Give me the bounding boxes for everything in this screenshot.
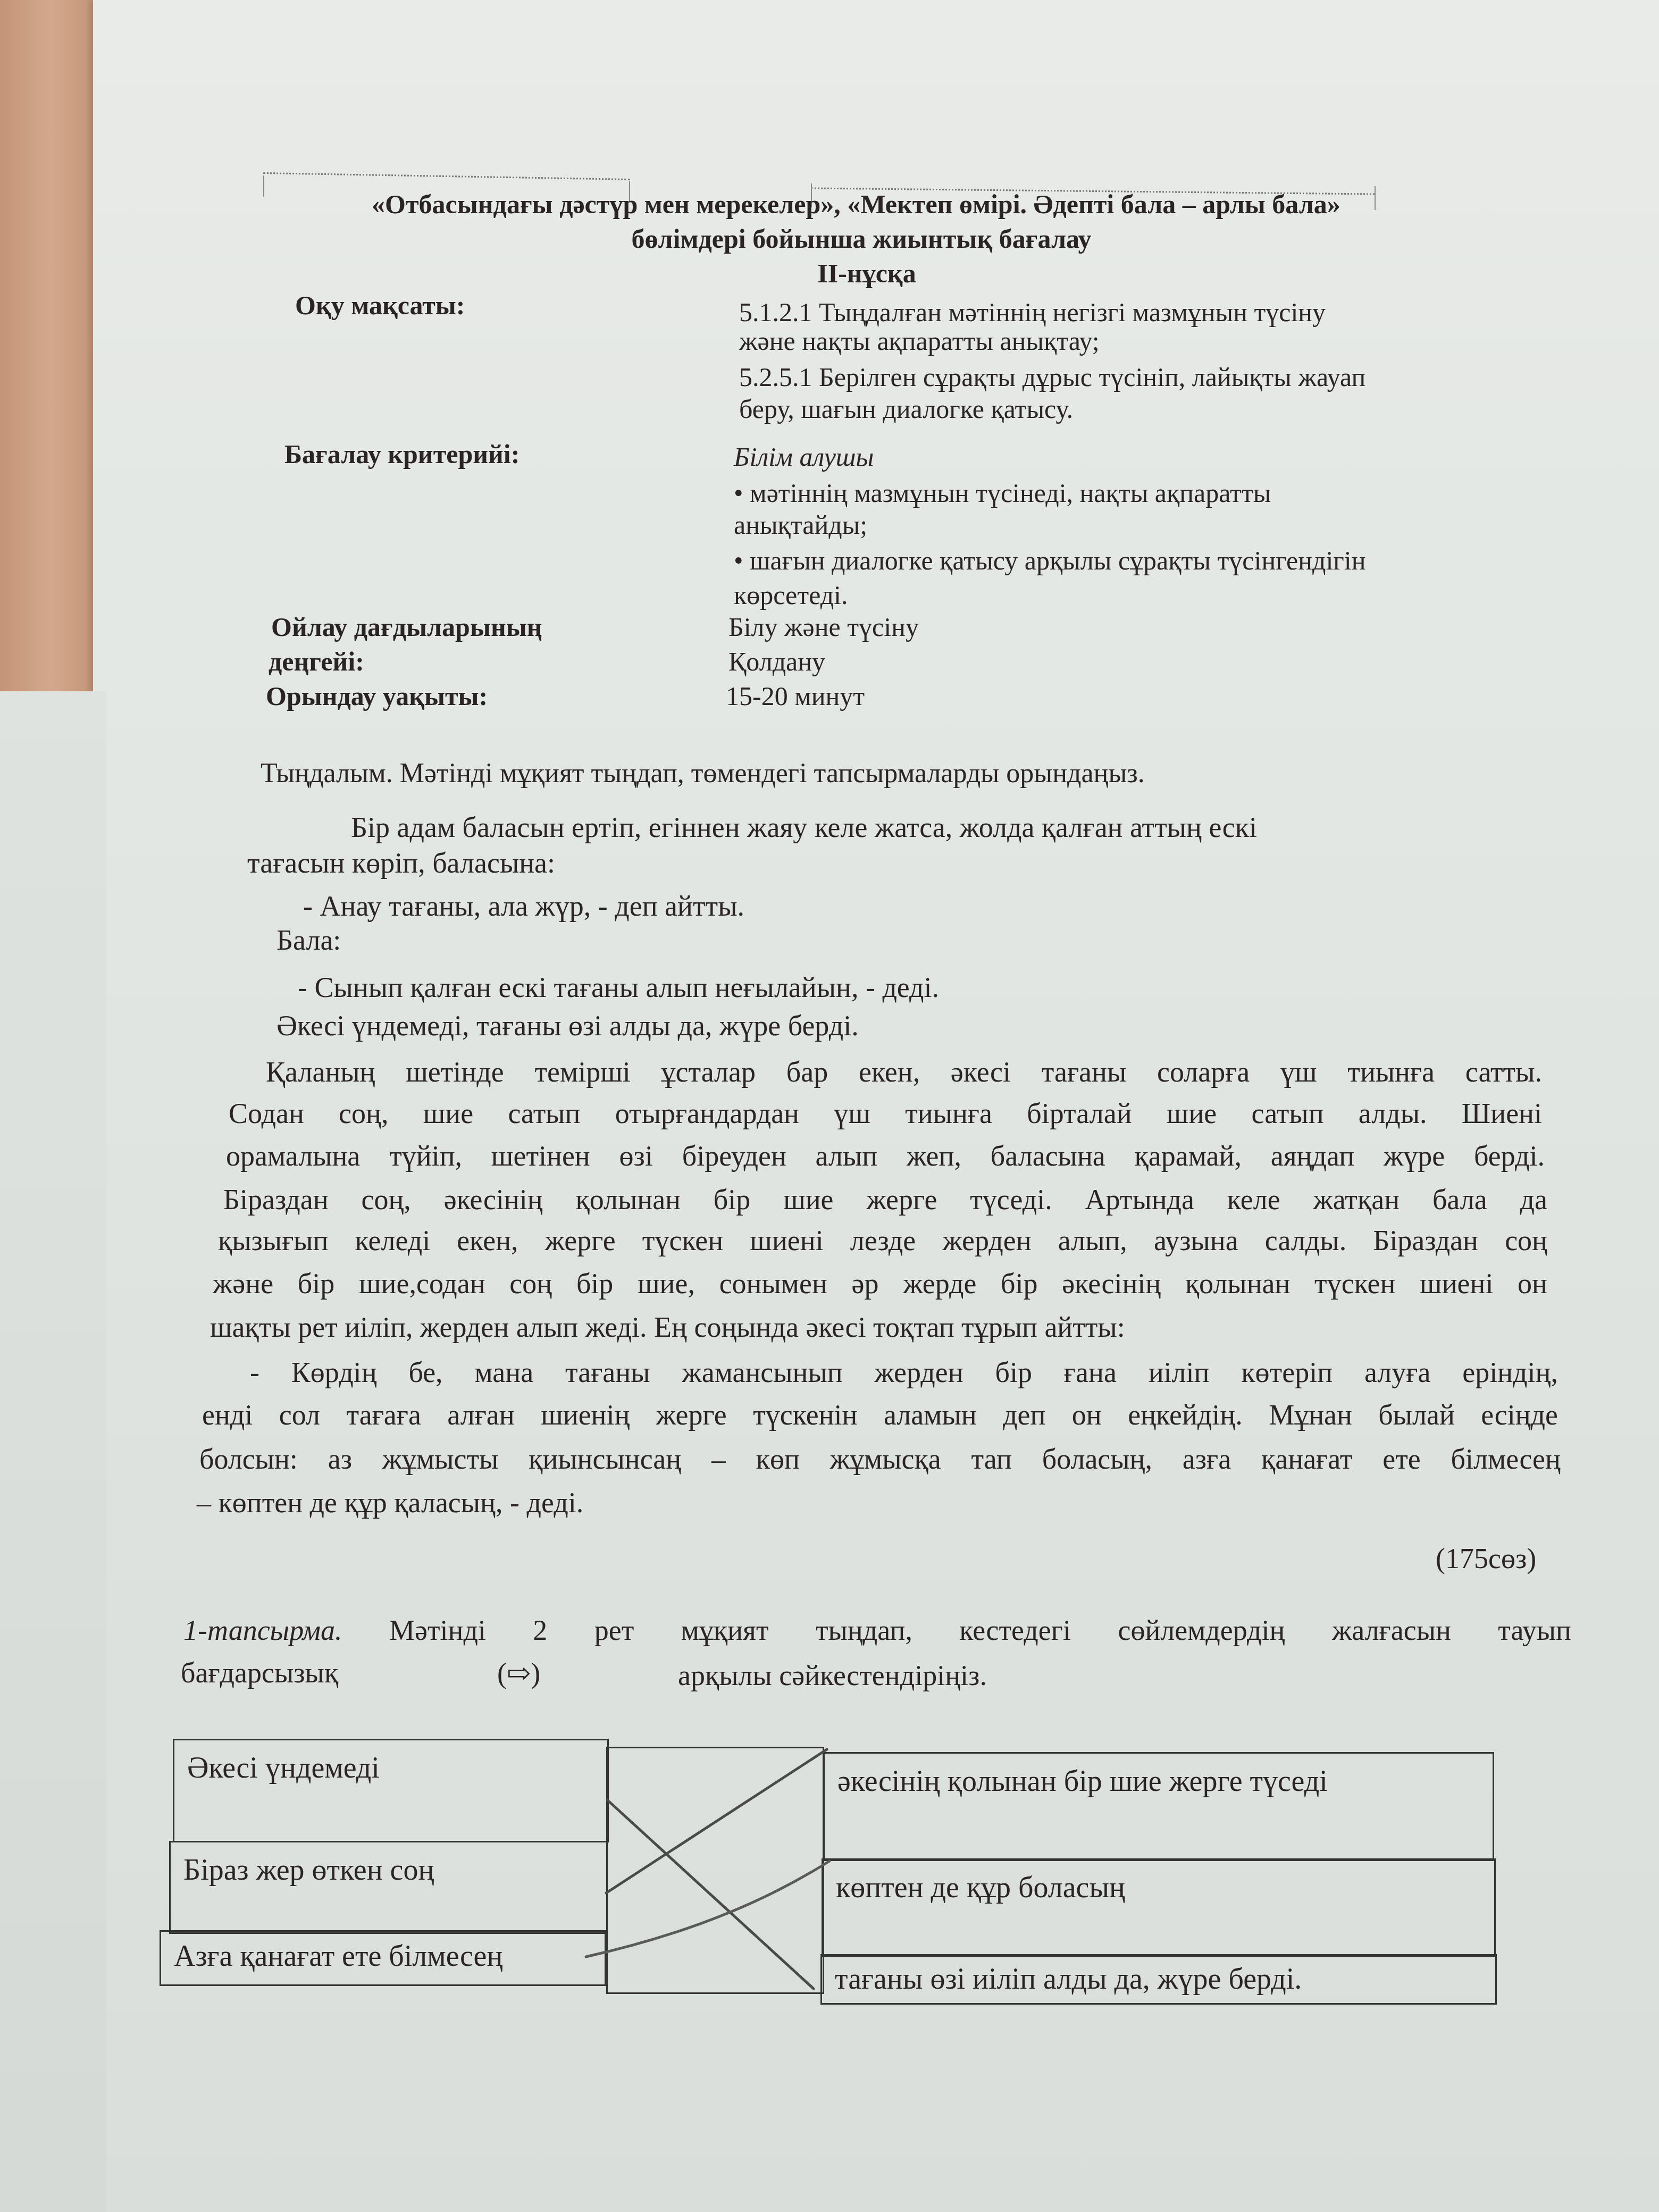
match-line bbox=[586, 1861, 829, 1957]
handwritten-match-lines bbox=[0, 0, 1659, 2212]
match-line bbox=[607, 1800, 814, 1989]
match-line bbox=[606, 1749, 827, 1893]
